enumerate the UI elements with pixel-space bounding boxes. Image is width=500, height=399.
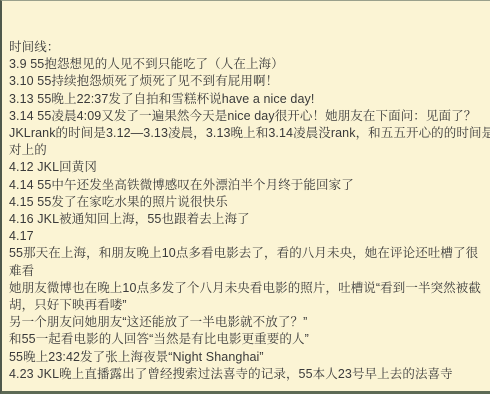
timeline-line: 4.12 JKL回黄冈 xyxy=(9,159,490,176)
timeline-line: 4.23 JKL晚上直播露出了曾经搜索过法喜寺的记录，55本人23号早上去的法喜… xyxy=(9,366,490,383)
screenshot-root: { "page": { "panel_bg_color": "#fbf4d4",… xyxy=(0,0,500,399)
timeline-line: 3.13 55晚上22:37发了自拍和雪糕杯说have a nice day! xyxy=(9,91,490,108)
timeline-line: 另一个朋友问她朋友“这还能放了一半电影就不放了？” xyxy=(9,314,490,331)
timeline-line: 胡，只好下映再看喽” xyxy=(9,297,490,314)
timeline-line: 4.14 55中午还发坐高铁微博感叹在外漂泊半个月终于能回家了 xyxy=(9,177,490,194)
timeline-line: 3.10 55持续抱怨烦死了烦死了见不到有屁用啊！ xyxy=(9,73,490,90)
timeline-line: 4.17 xyxy=(9,228,490,245)
note-panel: 时间线： 3.9 55抱怨想见的人见不到只能吃了（人在上海） 3.10 55持续… xyxy=(0,0,490,394)
timeline-line: 3.9 55抱怨想见的人见不到只能吃了（人在上海） xyxy=(9,56,490,73)
timeline-line: 55那天在上海，和朋友晚上10点多看电影去了，看的八月未央，她在评论还吐槽了很 xyxy=(9,245,490,262)
timeline-line: 3.14 55凌晨4:09又发了一遍果然今天是nice day很开心！她朋友在下… xyxy=(9,108,490,125)
timeline-line: 和55一起看电影的人回答“当然是有比电影更重要的人” xyxy=(9,331,490,348)
timeline-line: 55晚上23:42发了张上海夜景“Night Shanghai” xyxy=(9,349,490,366)
timeline-line: 她朋友微博也在晚上10点多发了个八月未央看电影的照片，吐槽说“看到一半突然被截 xyxy=(9,280,490,297)
timeline-text-block: 时间线： 3.9 55抱怨想见的人见不到只能吃了（人在上海） 3.10 55持续… xyxy=(2,1,490,383)
timeline-line: 4.16 JKL被通知回上海，55也跟着去上海了 xyxy=(9,211,490,228)
timeline-line: 难看 xyxy=(9,263,490,280)
timeline-line: 4.15 55发了在家吃水果的照片说很快乐 xyxy=(9,194,490,211)
timeline-line: 对上的 xyxy=(9,142,490,159)
timeline-line: JKLrank的时间是3.12—3.13凌晨，3.13晚上和3.14凌晨没ran… xyxy=(9,125,490,142)
timeline-heading: 时间线： xyxy=(9,39,490,56)
